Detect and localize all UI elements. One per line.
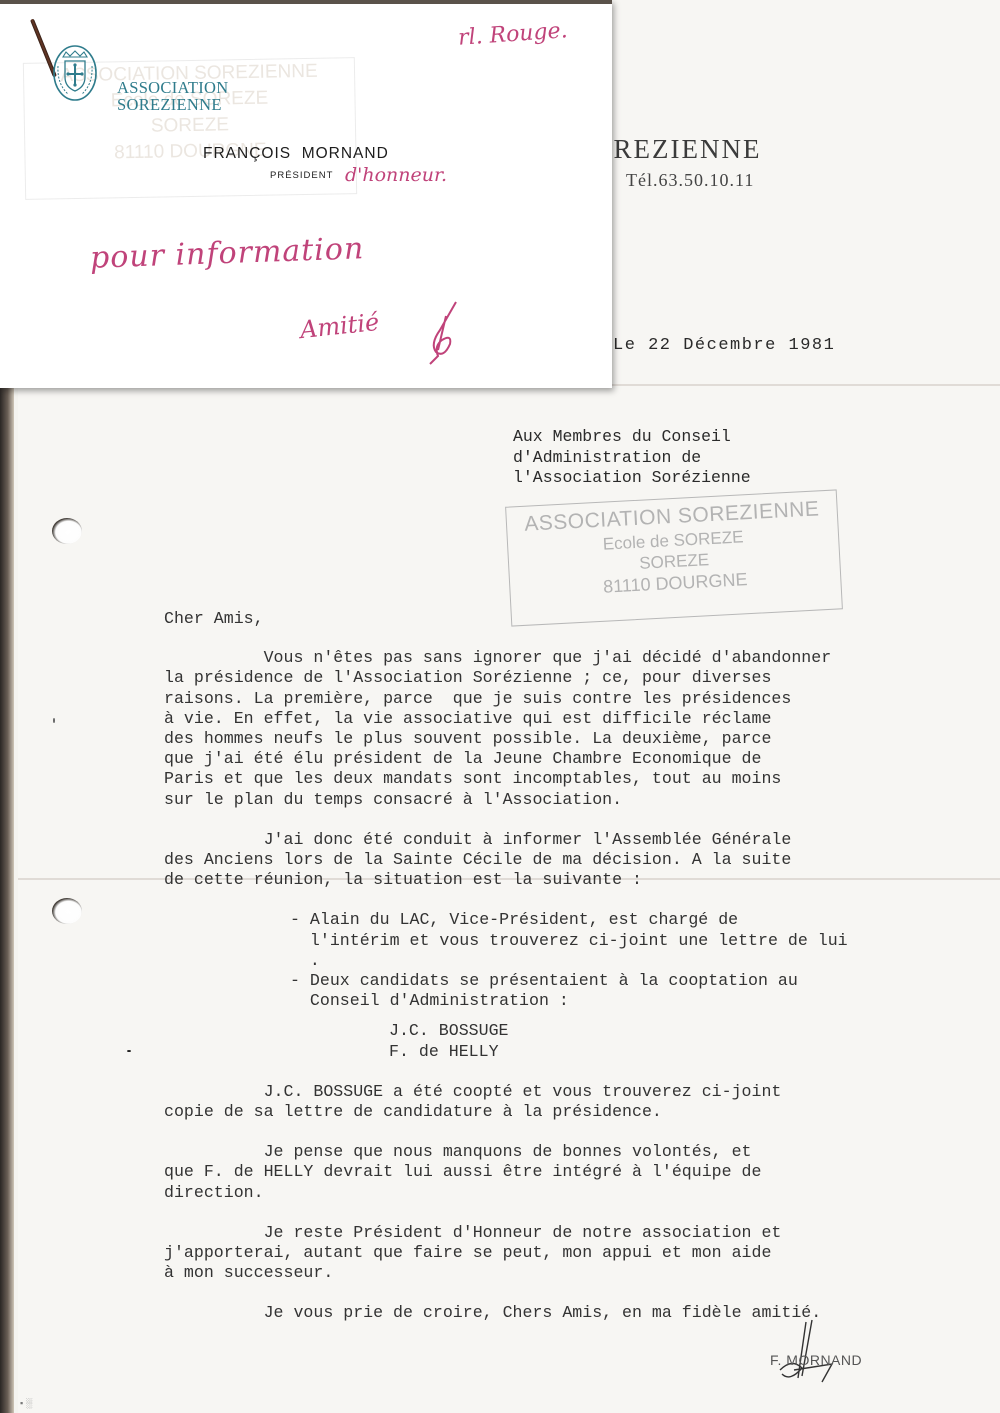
paragraph-4: Je pense que nous manquons de bonnes vol… [164,1142,994,1203]
text-line: J'ai donc été conduit à informer l'Assem… [164,830,994,850]
text-line: - Alain du LAC, Vice-Président, est char… [290,910,994,930]
text-line: raisons. La première, parce que je suis … [164,689,994,709]
text-line: que j'ai été élu président de la Jeune C… [164,749,994,769]
text-line: Vous n'êtes pas sans ignorer que j'ai dé… [164,648,994,668]
text-line: à vie. En effet, la vie associative qui … [164,709,994,729]
list-item: - Alain du LAC, Vice-Président, est char… [164,910,994,971]
org-line: ASSOCIATION [117,79,228,96]
scan-mark: ▪ ░ [20,1398,32,1408]
text-line: Je reste Président d'Honneur de notre as… [164,1223,994,1243]
text-line: des hommes neufs le plus souvent possibl… [164,729,994,749]
text-line: que F. de HELLY devrait lui aussi être i… [164,1162,994,1182]
text-line: J.C. BOSSUGE a été coopté et vous trouve… [164,1082,994,1102]
card-person-title: PRÉSIDENT [270,170,333,181]
text-line: de cette réunion, la situation est la su… [164,870,994,890]
card-organization: ASSOCIATION SOREZIENNE [117,79,228,113]
text-line: copie de sa lettre de candidature à la p… [164,1102,994,1122]
paragraph-3: J.C. BOSSUGE a été coopté et vous trouve… [164,1082,994,1122]
letterhead-phone: Tél.63.50.10.11 [626,170,754,191]
text-line: des Anciens lors de la Sainte Cécile de … [164,850,994,870]
recipient-line: Aux Membres du Conseil [513,427,751,448]
candidate-name: J.C. BOSSUGE [389,1021,994,1041]
recipient-block: Aux Membres du Conseil d'Administration … [513,427,751,489]
list-item: - Deux candidats se présentaient à la co… [164,971,994,1011]
handwritten-title-addition: d'honneur. [345,164,447,186]
paragraph-5: Je reste Président d'Honneur de notre as… [164,1223,994,1284]
recipient-line: l'Association Sorézienne [513,468,751,489]
recipient-line: d'Administration de [513,448,751,469]
text-line: à mon successeur. [164,1263,994,1283]
handwritten-closing: Amitié [299,308,381,344]
letterhead-name: OREZIENNE [592,134,761,165]
business-card: ASSOCIATION SOREZIENNE Ecole de SOREZE S… [0,0,612,388]
crest-logo-icon [52,44,98,102]
handwritten-top-note: rl. Rouge. [457,18,568,51]
ink-speck [53,718,55,723]
text-line: l'intérim et vous trouverez ci-joint une… [290,931,994,951]
punch-hole [52,518,82,544]
text-line: Je pense que nous manquons de bonnes vol… [164,1142,994,1162]
text-line: - Deux candidats se présentaient à la co… [290,971,994,991]
handwritten-note: pour information [89,231,364,276]
text-line: direction. [164,1183,994,1203]
paragraph-2: J'ai donc été conduit à informer l'Assem… [164,830,994,891]
text-line: . [290,951,994,971]
closing-line: Je vous prie de croire, Chers Amis, en m… [164,1303,994,1323]
text-line: Conseil d'Administration : [290,991,994,1011]
text-line: sur le plan du temps consacré à l'Associ… [164,790,994,810]
signature-name: F. MORNAND [770,1352,862,1368]
candidate-name: F. de HELLY [389,1042,994,1062]
handwritten-initials-icon [416,300,466,366]
text-line: Paris et que les deux mandats sont incom… [164,769,994,789]
letter-body: Cher Amis, Vous n'êtes pas sans ignorer … [164,609,994,1324]
salutation: Cher Amis, [164,609,994,629]
org-line: SOREZIENNE [117,96,228,113]
text-line: j'apporterai, autant que faire se peut, … [164,1243,994,1263]
association-stamp: ASSOCIATION SOREZIENNE Ecole de SOREZE S… [505,489,843,626]
paragraph-1: Vous n'êtes pas sans ignorer que j'ai dé… [164,648,994,810]
letter-date: Le 22 Décembre 1981 [613,336,835,355]
candidate-list: J.C. BOSSUGE F. de HELLY [164,1021,994,1061]
ink-speck [127,1050,131,1052]
card-person-name: FRANÇOIS MORNAND [203,145,389,163]
punch-hole [52,898,82,924]
text-line: la présidence de l'Association Sorézienn… [164,668,994,688]
